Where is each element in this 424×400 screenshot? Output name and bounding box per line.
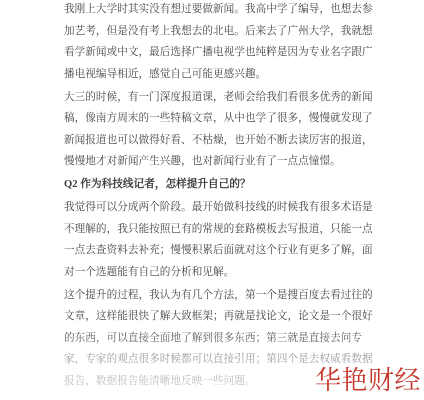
paragraph: 我觉得可以分成两个阶段。最开始做科技线的时候我有很多术语是不理解的，我只能按照已… xyxy=(64,197,378,283)
question-heading: Q2 作为科技线记者，怎样提升自己的？ xyxy=(64,174,378,196)
text-line: 稿，像南方周末的一些特稿文章，从中也学了很多，慢慢就发现了 xyxy=(64,108,378,130)
article-body: 我刚上大学时其实没有想过要做新闻。我高中学了编导，也想去参加艺考，但是没有考上我… xyxy=(64,0,378,394)
paragraph: 大三的时候，有一门深度报道课，老师会给我们看很多优秀的新闻稿，像南方周末的一些特… xyxy=(64,87,378,173)
text-line: 一点去查资料去补充；慢慢积累后面就对这个行业有更多了解，面 xyxy=(64,240,378,262)
text-line: 的东西，可以直接全面地了解到很多东西；第三就是直接去问专 xyxy=(64,328,378,350)
watermark: 华艳财经 xyxy=(315,364,421,397)
text-line: 对一个选题能有自己的分析和见解。 xyxy=(64,262,378,284)
text-line: 我觉得可以分成两个阶段。最开始做科技线的时候我有很多术语是 xyxy=(64,197,378,219)
text-line: 文章，这样能很快了解大致框架；再就是找论文，论文是一个很好 xyxy=(64,306,378,328)
text-line: 这个提升的过程，我认为有几个方法，第一个是搜百度去看过往的 xyxy=(64,285,378,307)
text-line: 新闻报道也可以做得好看、不枯燥，也开始不断去读厉害的报道， xyxy=(64,130,378,152)
text-line: 大三的时候，有一门深度报道课，老师会给我们看很多优秀的新闻 xyxy=(64,87,378,109)
article-page: 我刚上大学时其实没有想过要做新闻。我高中学了编导，也想去参加艺考，但是没有考上我… xyxy=(0,0,424,400)
text-line: 我刚上大学时其实没有想过要做新闻。我高中学了编导，也想去参 xyxy=(64,0,378,21)
text-line: 不理解的，我只能按照已有的常规的套路模板去写报道，只能一点 xyxy=(64,219,378,241)
text-line: 加艺考，但是没有考上我想去的北电。后来去了广州大学，我就想 xyxy=(64,21,378,43)
text-line: 播电视编导相近，感觉自己可能更感兴趣。 xyxy=(64,64,378,86)
text-line: 慢慢地才对新闻产生兴趣，也对新闻行业有了一点点憧憬。 xyxy=(64,151,378,173)
paragraph: 我刚上大学时其实没有想过要做新闻。我高中学了编导，也想去参加艺考，但是没有考上我… xyxy=(64,0,378,85)
text-line: Q2 作为科技线记者，怎样提升自己的？ xyxy=(64,174,378,196)
text-line: 看学新闻或中文，最后选择广播电视学也纯粹是因为专业名字跟广 xyxy=(64,42,378,64)
